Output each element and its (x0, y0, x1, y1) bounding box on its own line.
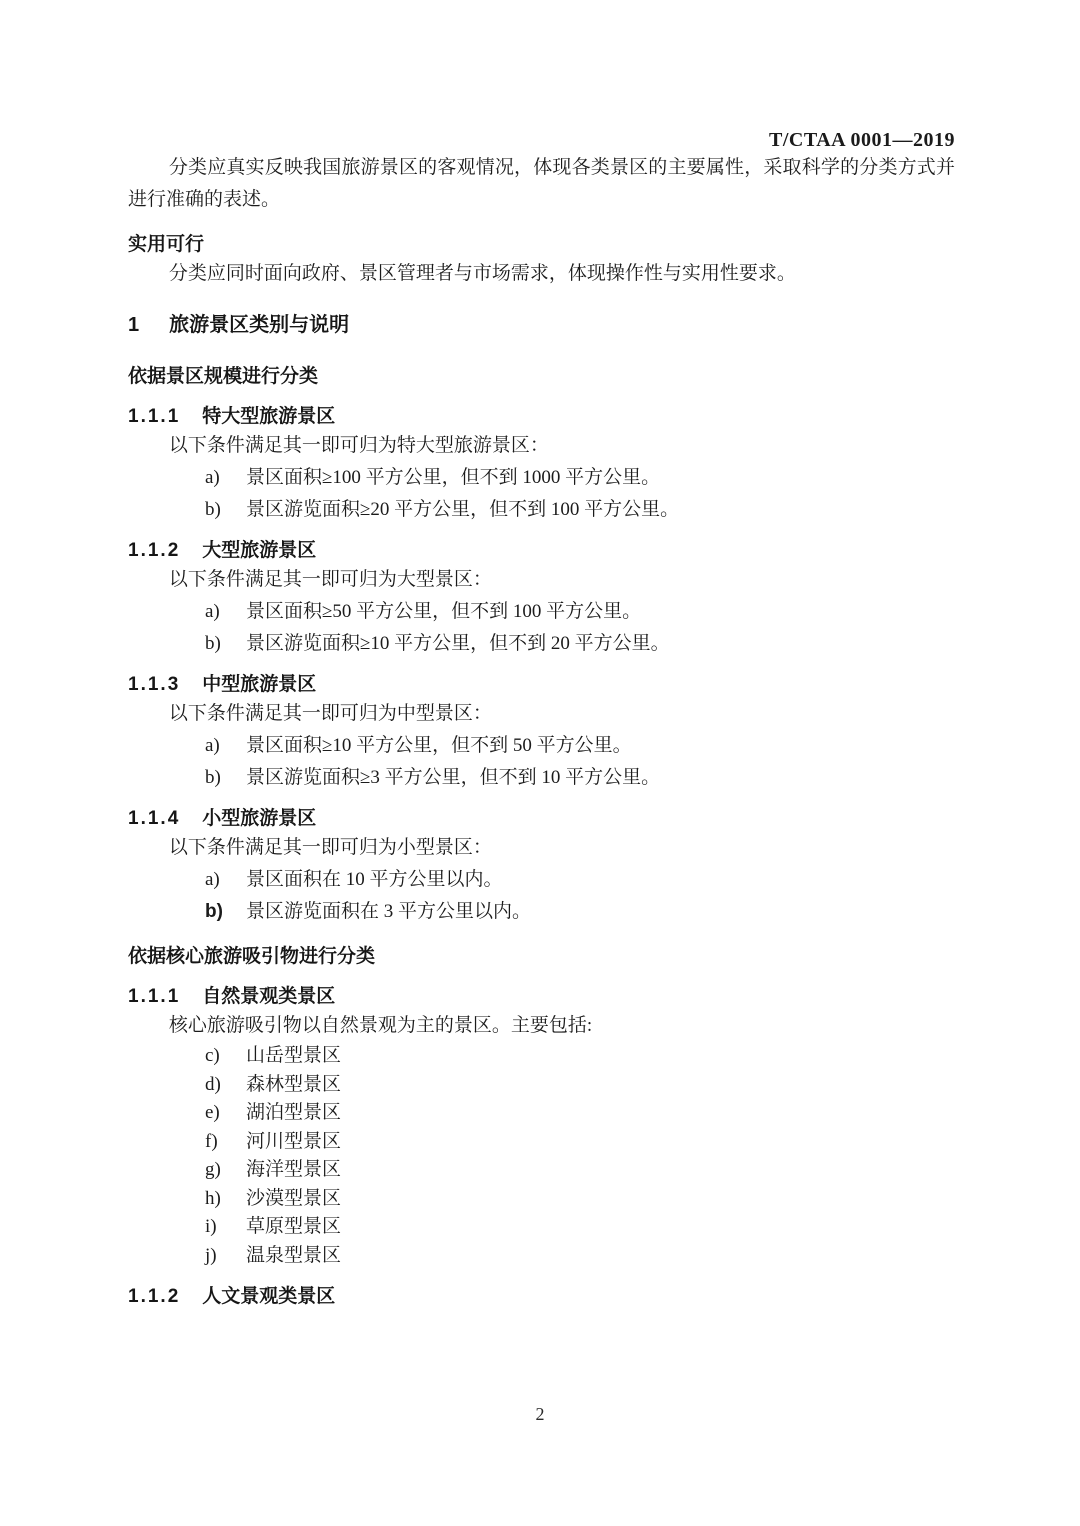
clause-label: i) (205, 1213, 246, 1242)
clause-item: d)森林型景区 (128, 1071, 955, 1100)
subsection-heading-small: 1.1.4小型旅游景区 (128, 806, 955, 832)
clause-item: a)景区面积≥100 平方公里，但不到 1000 平方公里。 (128, 462, 955, 494)
subsection-title: 小型旅游景区 (202, 808, 316, 829)
clause-item: g)海洋型景区 (128, 1156, 955, 1185)
subsection-intro: 核心旅游吸引物以自然景观为主的景区。主要包括: (128, 1010, 955, 1042)
subsection-number: 1.1.2 (128, 1284, 180, 1310)
subsection-title: 特大型旅游景区 (202, 406, 335, 427)
heading-scale-classification: 依据景区规模进行分类 (128, 364, 955, 390)
clause-text: 沙漠型景区 (246, 1188, 341, 1209)
subsection-title: 中型旅游景区 (202, 674, 316, 695)
clause-label: b) (205, 628, 246, 660)
clause-list: a)景区面积≥100 平方公里，但不到 1000 平方公里。 b)景区游览面积≥… (128, 462, 955, 526)
section-number: 1 (128, 312, 141, 338)
document-code: T/CTAA 0001—2019 (769, 129, 955, 151)
clause-item: b)景区游览面积在 3 平方公里以内。 (128, 896, 955, 928)
clause-text: 景区面积≥50 平方公里，但不到 100 平方公里。 (246, 601, 641, 622)
clause-label: c) (205, 1042, 246, 1071)
clause-item: e)湖泊型景区 (128, 1099, 955, 1128)
clause-text: 景区游览面积≥20 平方公里，但不到 100 平方公里。 (246, 499, 679, 520)
clause-text: 景区游览面积≥10 平方公里，但不到 20 平方公里。 (246, 633, 670, 654)
subsection-intro: 以下条件满足其一即可归为中型景区： (128, 698, 955, 730)
clause-text: 海洋型景区 (246, 1159, 341, 1180)
clause-text: 温泉型景区 (246, 1245, 341, 1266)
clause-label: b) (205, 494, 246, 526)
clause-item: f)河川型景区 (128, 1128, 955, 1157)
clause-text: 山岳型景区 (246, 1045, 341, 1066)
subsection-number: 1.1.1 (128, 404, 180, 430)
heading-attraction-classification: 依据核心旅游吸引物进行分类 (128, 944, 955, 970)
subsection-title: 人文景观类景区 (202, 1286, 335, 1307)
clause-label: e) (205, 1099, 246, 1128)
clause-list: a)景区面积≥10 平方公里，但不到 50 平方公里。 b)景区游览面积≥3 平… (128, 730, 955, 794)
clause-item: i)草原型景区 (128, 1213, 955, 1242)
clause-text: 景区游览面积在 3 平方公里以内。 (246, 901, 531, 922)
page-header: T/CTAA 0001—2019 (128, 128, 955, 152)
clause-list: c)山岳型景区 d)森林型景区 e)湖泊型景区 f)河川型景区 g)海洋型景区 … (128, 1042, 955, 1270)
clause-text: 景区面积≥10 平方公里，但不到 50 平方公里。 (246, 735, 632, 756)
clause-item: b)景区游览面积≥10 平方公里，但不到 20 平方公里。 (128, 628, 955, 660)
clause-text: 河川型景区 (246, 1131, 341, 1152)
document-page: T/CTAA 0001—2019 分类应真实反映我国旅游景区的客观情况，体现各类… (0, 0, 1080, 1526)
paragraph-practicality: 分类应同时面向政府、景区管理者与市场需求，体现操作性与实用性要求。 (128, 258, 955, 290)
clause-text: 湖泊型景区 (246, 1102, 341, 1123)
clause-text: 草原型景区 (246, 1216, 341, 1237)
subsection-number: 1.1.3 (128, 672, 180, 698)
clause-item: j)温泉型景区 (128, 1242, 955, 1271)
section-title: 旅游景区类别与说明 (169, 314, 349, 336)
clause-item: h)沙漠型景区 (128, 1185, 955, 1214)
subsection-heading-medium: 1.1.3中型旅游景区 (128, 672, 955, 698)
clause-label: f) (205, 1128, 246, 1157)
clause-item: b)景区游览面积≥20 平方公里，但不到 100 平方公里。 (128, 494, 955, 526)
clause-item: b)景区游览面积≥3 平方公里，但不到 10 平方公里。 (128, 762, 955, 794)
subsection-number: 1.1.2 (128, 538, 180, 564)
subsection-intro: 以下条件满足其一即可归为小型景区： (128, 832, 955, 864)
heading-practicality: 实用可行 (128, 232, 955, 258)
clause-label: h) (205, 1185, 246, 1214)
section-1-heading: 1旅游景区类别与说明 (128, 312, 955, 338)
page-number: 2 (0, 1402, 1080, 1426)
paragraph-scientific-principle: 分类应真实反映我国旅游景区的客观情况，体现各类景区的主要属性，采取科学的分类方式… (128, 152, 955, 216)
subsection-heading-extra-large: 1.1.1特大型旅游景区 (128, 404, 955, 430)
subsection-title: 自然景观类景区 (202, 986, 335, 1007)
subsection-title: 大型旅游景区 (202, 540, 316, 561)
clause-label: j) (205, 1242, 246, 1271)
clause-label: a) (205, 462, 246, 494)
clause-item: a)景区面积≥50 平方公里，但不到 100 平方公里。 (128, 596, 955, 628)
clause-label: a) (205, 730, 246, 762)
subsection-heading-large: 1.1.2大型旅游景区 (128, 538, 955, 564)
subsection-heading-cultural: 1.1.2人文景观类景区 (128, 1284, 955, 1310)
clause-text: 景区面积在 10 平方公里以内。 (246, 869, 503, 890)
clause-text: 景区游览面积≥3 平方公里，但不到 10 平方公里。 (246, 767, 660, 788)
clause-label: a) (205, 864, 246, 896)
subsection-number: 1.1.1 (128, 984, 180, 1010)
clause-item: c)山岳型景区 (128, 1042, 955, 1071)
subsection-intro: 以下条件满足其一即可归为大型景区： (128, 564, 955, 596)
clause-text: 森林型景区 (246, 1074, 341, 1095)
clause-list: a)景区面积≥50 平方公里，但不到 100 平方公里。 b)景区游览面积≥10… (128, 596, 955, 660)
clause-item: a)景区面积在 10 平方公里以内。 (128, 864, 955, 896)
clause-item: a)景区面积≥10 平方公里，但不到 50 平方公里。 (128, 730, 955, 762)
subsection-number: 1.1.4 (128, 806, 180, 832)
clause-label: a) (205, 596, 246, 628)
clause-list: a)景区面积在 10 平方公里以内。 b)景区游览面积在 3 平方公里以内。 (128, 864, 955, 928)
clause-label: b) (205, 762, 246, 794)
subsection-heading-natural: 1.1.1自然景观类景区 (128, 984, 955, 1010)
subsection-intro: 以下条件满足其一即可归为特大型旅游景区： (128, 430, 955, 462)
clause-label: g) (205, 1156, 246, 1185)
clause-label: d) (205, 1071, 246, 1100)
clause-text: 景区面积≥100 平方公里，但不到 1000 平方公里。 (246, 467, 660, 488)
clause-label: b) (205, 896, 246, 928)
